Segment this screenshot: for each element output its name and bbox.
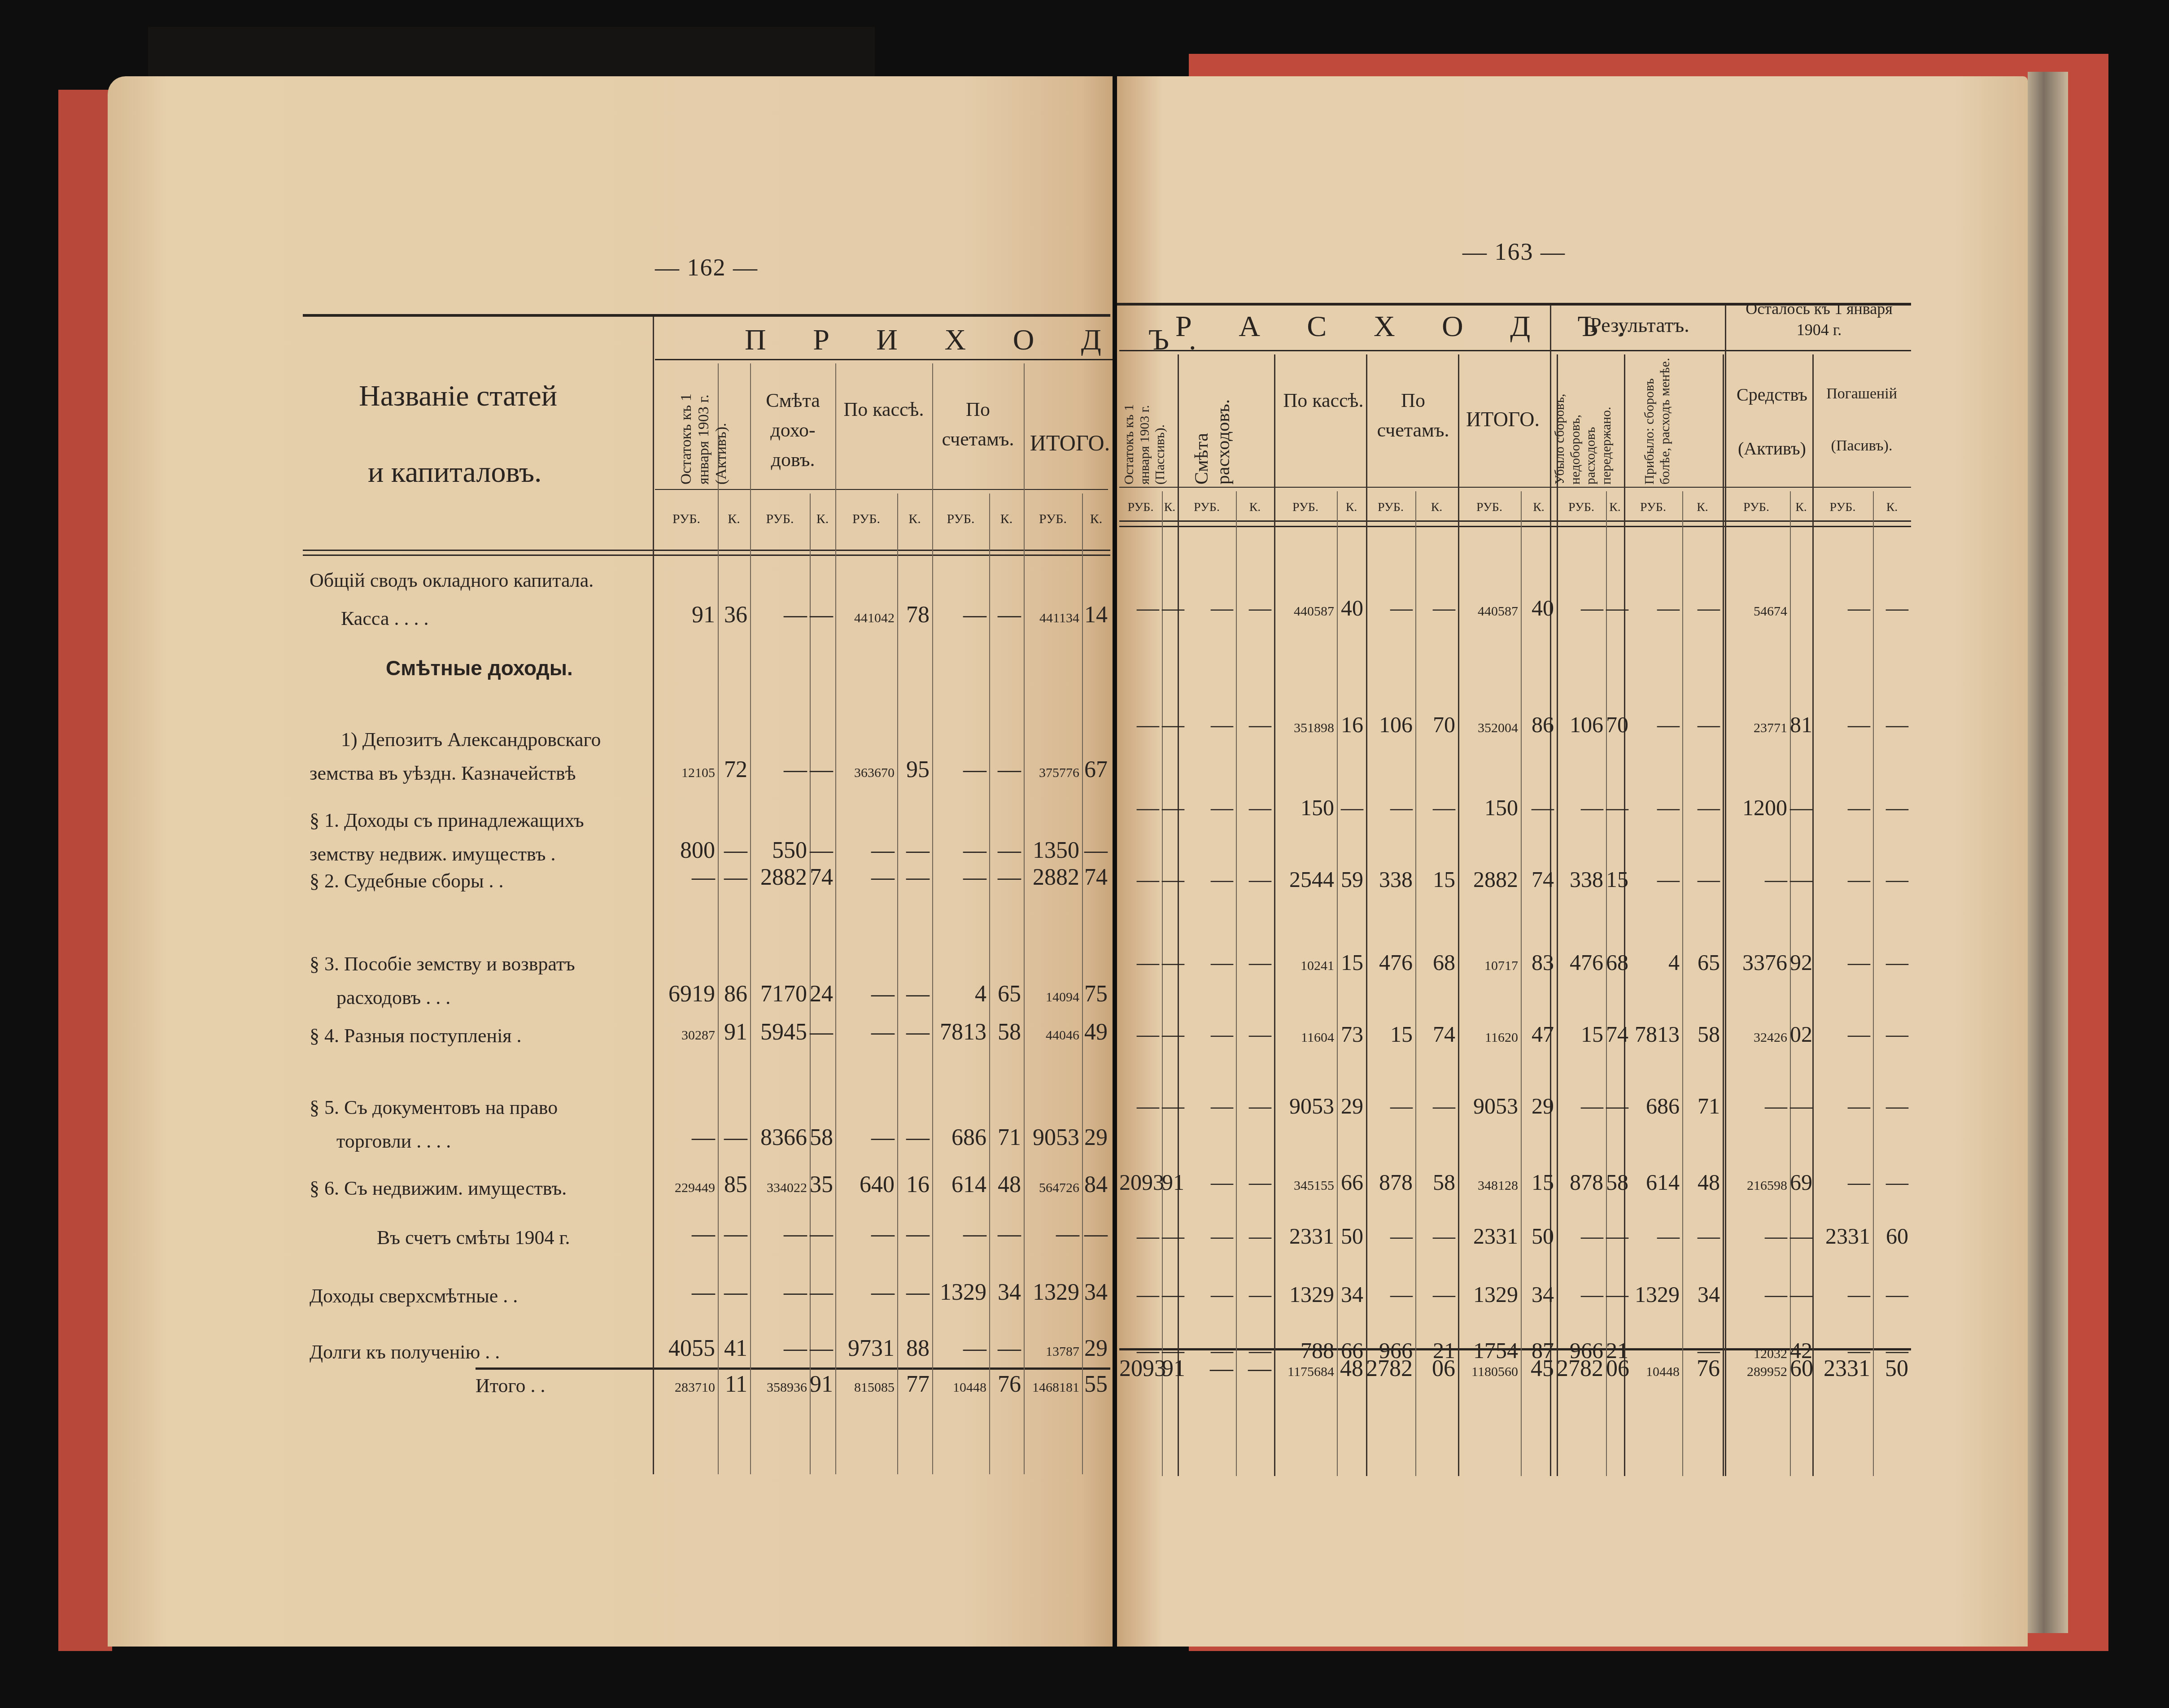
table-cell: — — [835, 983, 895, 1006]
right-col-divider — [1337, 491, 1338, 1476]
table-cell: — — [1873, 1283, 1908, 1306]
table-cell: 9053 — [1274, 1095, 1334, 1117]
table-cell: — — [1557, 1283, 1603, 1306]
unit-label: К. — [1162, 500, 1178, 515]
row-label: Долги къ полученію . . — [310, 1339, 500, 1365]
right-col-header-deficit: Убыло сборовъ, недоборовъ, расходовъ пер… — [1552, 354, 1619, 485]
table-cell: — — [1682, 597, 1720, 619]
table-cell: 58 — [989, 1021, 1021, 1044]
total-cell: 06 — [1606, 1357, 1621, 1380]
table-cell: — — [932, 1223, 986, 1246]
unit-label: К. — [1521, 500, 1557, 515]
table-cell: 375776 — [1024, 766, 1079, 780]
table-cell: 15 — [1415, 868, 1455, 891]
total-cell: — — [1178, 1357, 1233, 1380]
table-cell: — — [1873, 868, 1908, 891]
table-cell: 8366 — [750, 1126, 807, 1149]
table-cell: — — [750, 1337, 807, 1360]
table-cell: — — [1723, 1095, 1787, 1117]
table-cell: 2544 — [1274, 868, 1334, 891]
table-cell: — — [1162, 951, 1175, 974]
table-cell: — — [750, 758, 807, 782]
table-cell: 29 — [1082, 1126, 1108, 1149]
right-col-divider — [1236, 491, 1237, 1476]
table-cell: 351898 — [1274, 721, 1334, 735]
left-col-header-estimate: Смѣта дохо- довъ. — [751, 386, 834, 475]
right-group-underline — [1119, 350, 1911, 351]
name-header-line2: и капиталовъ. — [368, 453, 542, 492]
right-col-header-balance: Остатокъ къ 1 января 1903 г. (Пассивъ). — [1122, 368, 1153, 485]
row-label: § 4. Разныя поступленія . — [310, 1023, 522, 1048]
table-cell: 106 — [1366, 713, 1413, 736]
unit-label: К. — [1082, 511, 1110, 527]
table-cell: 15 — [1557, 1023, 1603, 1045]
table-cell: 14 — [1082, 603, 1108, 627]
table-cell: 70 — [1415, 713, 1455, 736]
table-cell: — — [1624, 868, 1680, 891]
table-cell: 73 — [1337, 1023, 1363, 1045]
table-cell: — — [1606, 1283, 1621, 1306]
right-header-bottom-rule — [1119, 520, 1911, 522]
table-cell: — — [1812, 796, 1870, 819]
table-cell: 91 — [1162, 1171, 1175, 1193]
right-col-header-total: ИТОГО. — [1460, 404, 1545, 435]
table-cell: — — [897, 983, 930, 1006]
table-cell: — — [1812, 1283, 1870, 1306]
unit-label: РУБ. — [1119, 500, 1162, 515]
table-cell: 1329 — [932, 1281, 986, 1304]
total-cell: 283710 — [655, 1381, 715, 1394]
right-col-divider — [1178, 354, 1179, 1476]
table-cell: 352004 — [1458, 721, 1518, 735]
right-units-rule — [1119, 487, 1911, 488]
table-cell: — — [1415, 1283, 1455, 1306]
total-label: Итого . . — [476, 1373, 545, 1398]
table-cell: — — [1415, 1095, 1455, 1117]
table-cell: 86 — [1521, 713, 1554, 736]
page-number-left: — 162 — — [655, 253, 758, 281]
table-cell: 34 — [1682, 1283, 1720, 1306]
table-cell: 1329 — [1024, 1281, 1079, 1304]
table-cell: 67 — [1082, 758, 1108, 782]
table-cell: — — [932, 839, 986, 862]
table-cell: 29 — [1337, 1095, 1363, 1117]
right-col-divider — [1790, 491, 1791, 1476]
row-label-cont: земству недвиж. имуществъ . — [310, 841, 555, 867]
unit-label: РУБ. — [750, 511, 810, 527]
table-cell: 91 — [655, 603, 715, 627]
total-cell: 77 — [897, 1373, 930, 1396]
table-cell: — — [655, 866, 715, 889]
table-cell: — — [1024, 1223, 1079, 1246]
table-cell: — — [1606, 597, 1621, 619]
unit-label: К. — [1682, 500, 1723, 515]
unit-label: К. — [1606, 500, 1624, 515]
table-cell: — — [1236, 597, 1271, 619]
table-cell: — — [1178, 597, 1233, 619]
table-cell: 65 — [1682, 951, 1720, 974]
table-cell: 24 — [810, 983, 833, 1006]
table-cell: 150 — [1274, 796, 1334, 819]
table-cell: — — [1236, 951, 1271, 974]
table-cell: 1329 — [1274, 1283, 1334, 1306]
table-cell: 50 — [1337, 1225, 1363, 1247]
right-col-divider — [1415, 491, 1416, 1476]
right-col-header-estimate: Смѣта расходовъ. — [1191, 368, 1236, 485]
table-cell: 686 — [1624, 1095, 1680, 1117]
table-cell: — — [1082, 1223, 1108, 1246]
table-cell: — — [1521, 796, 1554, 819]
unit-label: К. — [718, 511, 750, 527]
table-cell: — — [1162, 1283, 1175, 1306]
total-cell: 1468181 — [1024, 1381, 1079, 1394]
table-cell: 2331 — [1812, 1225, 1870, 1247]
table-cell: — — [1682, 1225, 1720, 1247]
table-cell: — — [1873, 1171, 1908, 1193]
table-cell: — — [1236, 1171, 1271, 1193]
left-col-header-balance: Остатокъ къ 1 января 1903 г. (Активъ). — [677, 372, 713, 485]
table-cell: — — [655, 1126, 715, 1149]
table-cell: 16 — [897, 1173, 930, 1197]
total-cell: 91 — [810, 1373, 833, 1396]
unit-label: РУБ. — [1557, 500, 1606, 515]
left-col-header-total: ИТОГО. — [1025, 426, 1115, 460]
right-col-header-cash: По кассѣ. — [1279, 386, 1368, 415]
table-cell: — — [897, 866, 930, 889]
table-cell: — — [1236, 1095, 1271, 1117]
table-cell: 02 — [1790, 1023, 1810, 1045]
row-label: § 2. Судебные сборы . . — [310, 868, 503, 894]
table-cell: — — [1790, 1283, 1810, 1306]
unit-label: РУБ. — [1366, 500, 1415, 515]
table-cell: 58 — [1682, 1023, 1720, 1045]
table-cell: 14094 — [1024, 991, 1079, 1004]
table-cell: — — [932, 866, 986, 889]
table-cell: 229449 — [655, 1181, 715, 1195]
table-cell: 10717 — [1458, 959, 1518, 973]
table-cell: 58 — [810, 1126, 833, 1149]
total-cell: 289952 — [1723, 1365, 1787, 1379]
table-cell: 1329 — [1458, 1283, 1518, 1306]
total-cell: 11 — [718, 1373, 747, 1396]
table-cell: 4055 — [655, 1337, 715, 1360]
left-total-rule — [476, 1367, 1110, 1370]
table-cell: — — [1119, 713, 1159, 736]
table-cell: — — [718, 1126, 747, 1149]
table-cell: 23771 — [1723, 721, 1787, 735]
table-cell: 91 — [718, 1021, 747, 1044]
left-table-top-rule — [303, 314, 1110, 317]
table-cell: — — [1366, 597, 1413, 619]
table-cell: — — [1366, 796, 1413, 819]
total-cell: 10448 — [1624, 1365, 1680, 1379]
table-cell: 1329 — [1624, 1283, 1680, 1306]
table-cell: — — [1236, 868, 1271, 891]
table-cell: 3376 — [1723, 951, 1787, 974]
table-cell: 44046 — [1024, 1029, 1079, 1042]
table-cell: — — [1873, 951, 1908, 974]
table-cell: — — [1557, 1095, 1603, 1117]
table-cell: — — [1162, 1023, 1175, 1045]
table-cell: 71 — [1682, 1095, 1720, 1117]
left-col-divider — [1024, 363, 1025, 1474]
total-cell: 2093 — [1119, 1357, 1159, 1380]
right-col-header-accounts: По счетамъ. — [1368, 386, 1458, 445]
table-cell: — — [1236, 796, 1271, 819]
table-cell: — — [1366, 1225, 1413, 1247]
table-cell: — — [1873, 796, 1908, 819]
table-cell: 54674 — [1723, 605, 1787, 618]
table-cell: 1754 — [1458, 1339, 1518, 1362]
table-cell: 65 — [989, 983, 1021, 1006]
table-cell: 2882 — [750, 866, 807, 889]
table-cell: — — [810, 839, 833, 862]
table-cell: 7170 — [750, 983, 807, 1006]
table-cell: — — [750, 603, 807, 627]
table-cell: — — [1178, 796, 1233, 819]
table-cell: — — [1337, 796, 1363, 819]
table-cell: 34 — [1082, 1281, 1108, 1304]
total-cell: 55 — [1082, 1373, 1108, 1396]
table-cell: 788 — [1274, 1339, 1334, 1362]
table-cell: 15 — [1606, 868, 1621, 891]
table-cell: 564726 — [1024, 1181, 1079, 1195]
table-cell: — — [1119, 597, 1159, 619]
table-cell: 11604 — [1274, 1031, 1334, 1044]
unit-label: К. — [1236, 500, 1274, 515]
table-cell: 1350 — [1024, 839, 1079, 862]
total-cell: 2782 — [1557, 1357, 1603, 1380]
table-cell: 9731 — [835, 1337, 895, 1360]
table-cell: 30287 — [655, 1029, 715, 1042]
table-cell: 338 — [1366, 868, 1413, 891]
table-cell: — — [835, 839, 895, 862]
row-label: Общій сводъ окладного капитала. — [310, 568, 594, 593]
table-cell: 2882 — [1458, 868, 1518, 891]
right-col-divider — [1873, 491, 1874, 1476]
table-cell: — — [810, 1281, 833, 1304]
table-cell: 40 — [1337, 597, 1363, 619]
table-cell: — — [897, 1021, 930, 1044]
table-cell: 95 — [897, 758, 930, 782]
table-cell: 75 — [1082, 983, 1108, 1006]
table-cell: — — [989, 839, 1021, 862]
right-col-header-liabilities: Погашеній (Пасивъ). — [1812, 368, 1911, 472]
table-cell: 58 — [1606, 1171, 1621, 1193]
left-col-divider — [750, 363, 751, 1474]
table-cell: 15 — [1337, 951, 1363, 974]
table-cell: — — [932, 1337, 986, 1360]
remaining-header: Осталось къ 1 января 1904 г. — [1729, 298, 1909, 341]
table-cell: — — [989, 1223, 1021, 1246]
right-col-header-surplus: Прибыло: сборовъ болѣе, расходъ менѣе. — [1642, 354, 1696, 485]
table-cell: — — [1606, 1225, 1621, 1247]
table-cell: 2331 — [1274, 1225, 1334, 1247]
table-cell: — — [1723, 868, 1787, 891]
table-cell: — — [1606, 796, 1621, 819]
table-cell: 878 — [1557, 1171, 1603, 1193]
table-cell: — — [1812, 1023, 1870, 1045]
table-cell: — — [1624, 597, 1680, 619]
table-cell: 6919 — [655, 983, 715, 1006]
table-cell: — — [1557, 796, 1603, 819]
unit-label: РУБ. — [655, 511, 718, 527]
table-cell: — — [1162, 1225, 1175, 1247]
table-cell: 363670 — [835, 766, 895, 780]
table-cell: — — [932, 758, 986, 782]
table-cell: — — [1557, 1225, 1603, 1247]
row-label: Доходы сверхсмѣтные . . — [310, 1283, 518, 1309]
table-cell: 150 — [1458, 796, 1518, 819]
table-cell: — — [718, 1281, 747, 1304]
row-label-cont: земства въ уѣздн. Казначействѣ — [310, 760, 576, 786]
row-label: Смѣтные доходы. — [386, 655, 573, 682]
table-cell: 4 — [932, 983, 986, 1006]
table-cell: — — [1178, 1095, 1233, 1117]
table-cell: — — [1366, 1095, 1413, 1117]
left-name-column-divider — [653, 317, 654, 1474]
table-cell: — — [897, 1126, 930, 1149]
total-cell: 10448 — [932, 1381, 986, 1394]
total-cell: — — [1236, 1357, 1271, 1380]
table-cell: 12105 — [655, 766, 715, 780]
table-cell: 1200 — [1723, 796, 1787, 819]
table-cell: 49 — [1082, 1021, 1108, 1044]
table-cell: — — [1236, 1225, 1271, 1247]
total-cell: 2782 — [1366, 1357, 1413, 1380]
table-cell: 81 — [1790, 713, 1810, 736]
table-cell: 74 — [1415, 1023, 1455, 1045]
table-cell: — — [835, 1126, 895, 1149]
unit-label: К. — [1790, 500, 1812, 515]
table-cell: — — [750, 1223, 807, 1246]
table-cell: — — [1178, 1225, 1233, 1247]
table-cell: — — [1119, 951, 1159, 974]
table-cell: — — [1162, 868, 1175, 891]
unit-label: К. — [1337, 500, 1366, 515]
table-cell: 74 — [1082, 866, 1108, 889]
table-cell: — — [989, 758, 1021, 782]
table-cell: — — [1557, 597, 1603, 619]
table-cell: — — [750, 1281, 807, 1304]
right-col-divider — [1682, 491, 1683, 1476]
table-cell: — — [1624, 713, 1680, 736]
total-cell: 48 — [1337, 1357, 1363, 1380]
left-col-divider — [932, 363, 933, 1474]
table-cell: 47 — [1521, 1023, 1554, 1045]
table-cell: 72 — [718, 758, 747, 782]
unit-label: РУБ. — [1178, 500, 1236, 515]
unit-label: РУБ. — [1458, 500, 1521, 515]
right-col-divider — [1723, 354, 1724, 1476]
unit-label: РУБ. — [835, 511, 897, 527]
right-col-divider — [1458, 354, 1459, 1476]
name-header-line1: Названіе статей — [359, 377, 557, 415]
table-cell: 59 — [1337, 868, 1363, 891]
table-cell: — — [1415, 597, 1455, 619]
left-col-divider — [718, 363, 719, 1474]
left-col-header-cash: По кассѣ. — [837, 395, 931, 424]
table-cell: 614 — [932, 1173, 986, 1197]
table-cell: 48 — [1682, 1171, 1720, 1193]
table-cell: — — [1119, 796, 1159, 819]
table-cell: — — [1236, 1023, 1271, 1045]
table-cell: 441134 — [1024, 612, 1079, 625]
total-cell: 76 — [1682, 1357, 1720, 1380]
left-units-rule — [655, 489, 1108, 490]
income-group-header: П Р И Х О Д Ъ. — [745, 323, 1216, 357]
table-cell: — — [1178, 1023, 1233, 1045]
table-cell: 440587 — [1274, 605, 1334, 618]
table-cell: 34 — [1521, 1283, 1554, 1306]
unit-label: РУБ. — [1274, 500, 1337, 515]
table-cell: — — [1812, 951, 1870, 974]
table-cell: — — [1162, 713, 1175, 736]
total-cell: 1180560 — [1458, 1365, 1518, 1379]
table-cell: — — [1723, 1225, 1787, 1247]
table-cell: — — [1162, 796, 1175, 819]
table-cell: 4 — [1624, 951, 1680, 974]
right-header-bottom-rule-2 — [1119, 526, 1911, 527]
row-label: Въ счетъ смѣты 1904 г. — [377, 1225, 570, 1250]
table-cell: — — [1790, 1095, 1810, 1117]
table-cell: — — [1790, 868, 1810, 891]
table-cell: 10241 — [1274, 959, 1334, 973]
table-cell: 68 — [1606, 951, 1621, 974]
table-cell: 106 — [1557, 713, 1603, 736]
table-cell: 348128 — [1458, 1179, 1518, 1193]
table-cell: 16 — [1337, 713, 1363, 736]
table-cell: — — [1178, 1283, 1233, 1306]
table-cell: 334022 — [750, 1181, 807, 1195]
table-cell: 74 — [1606, 1023, 1621, 1045]
table-cell: — — [810, 1337, 833, 1360]
result-header: Результатъ. — [1543, 310, 1736, 341]
table-cell: 29 — [1082, 1337, 1108, 1360]
book-cover-left-edge — [58, 90, 112, 1651]
left-col-divider — [835, 363, 836, 1474]
table-cell: — — [1723, 1283, 1787, 1306]
table-cell: 85 — [718, 1173, 747, 1197]
table-cell: 29 — [1521, 1095, 1554, 1117]
table-cell: — — [1624, 796, 1680, 819]
table-cell: 36 — [718, 603, 747, 627]
table-cell: 7813 — [1624, 1023, 1680, 1045]
table-cell: — — [835, 1223, 895, 1246]
table-cell: 74 — [1521, 868, 1554, 891]
table-cell: — — [1119, 1225, 1159, 1247]
table-cell: 86 — [718, 983, 747, 1006]
total-cell: 50 — [1873, 1357, 1908, 1380]
table-cell: — — [655, 1281, 715, 1304]
unit-label: РУБ. — [932, 511, 989, 527]
table-cell: 34 — [1337, 1283, 1363, 1306]
table-cell: 48 — [989, 1173, 1021, 1197]
table-cell: 15 — [1366, 1023, 1413, 1045]
table-cell: — — [1812, 1095, 1870, 1117]
right-col-divider — [1606, 491, 1607, 1476]
table-cell: 9053 — [1458, 1095, 1518, 1117]
table-cell: — — [810, 1223, 833, 1246]
table-cell: — — [1812, 868, 1870, 891]
table-cell: 476 — [1366, 951, 1413, 974]
table-cell: 800 — [655, 839, 715, 862]
table-cell: 50 — [1521, 1225, 1554, 1247]
table-cell: 66 — [1337, 1171, 1363, 1193]
table-cell: — — [932, 603, 986, 627]
table-cell: — — [1873, 597, 1908, 619]
table-cell: 68 — [1415, 951, 1455, 974]
